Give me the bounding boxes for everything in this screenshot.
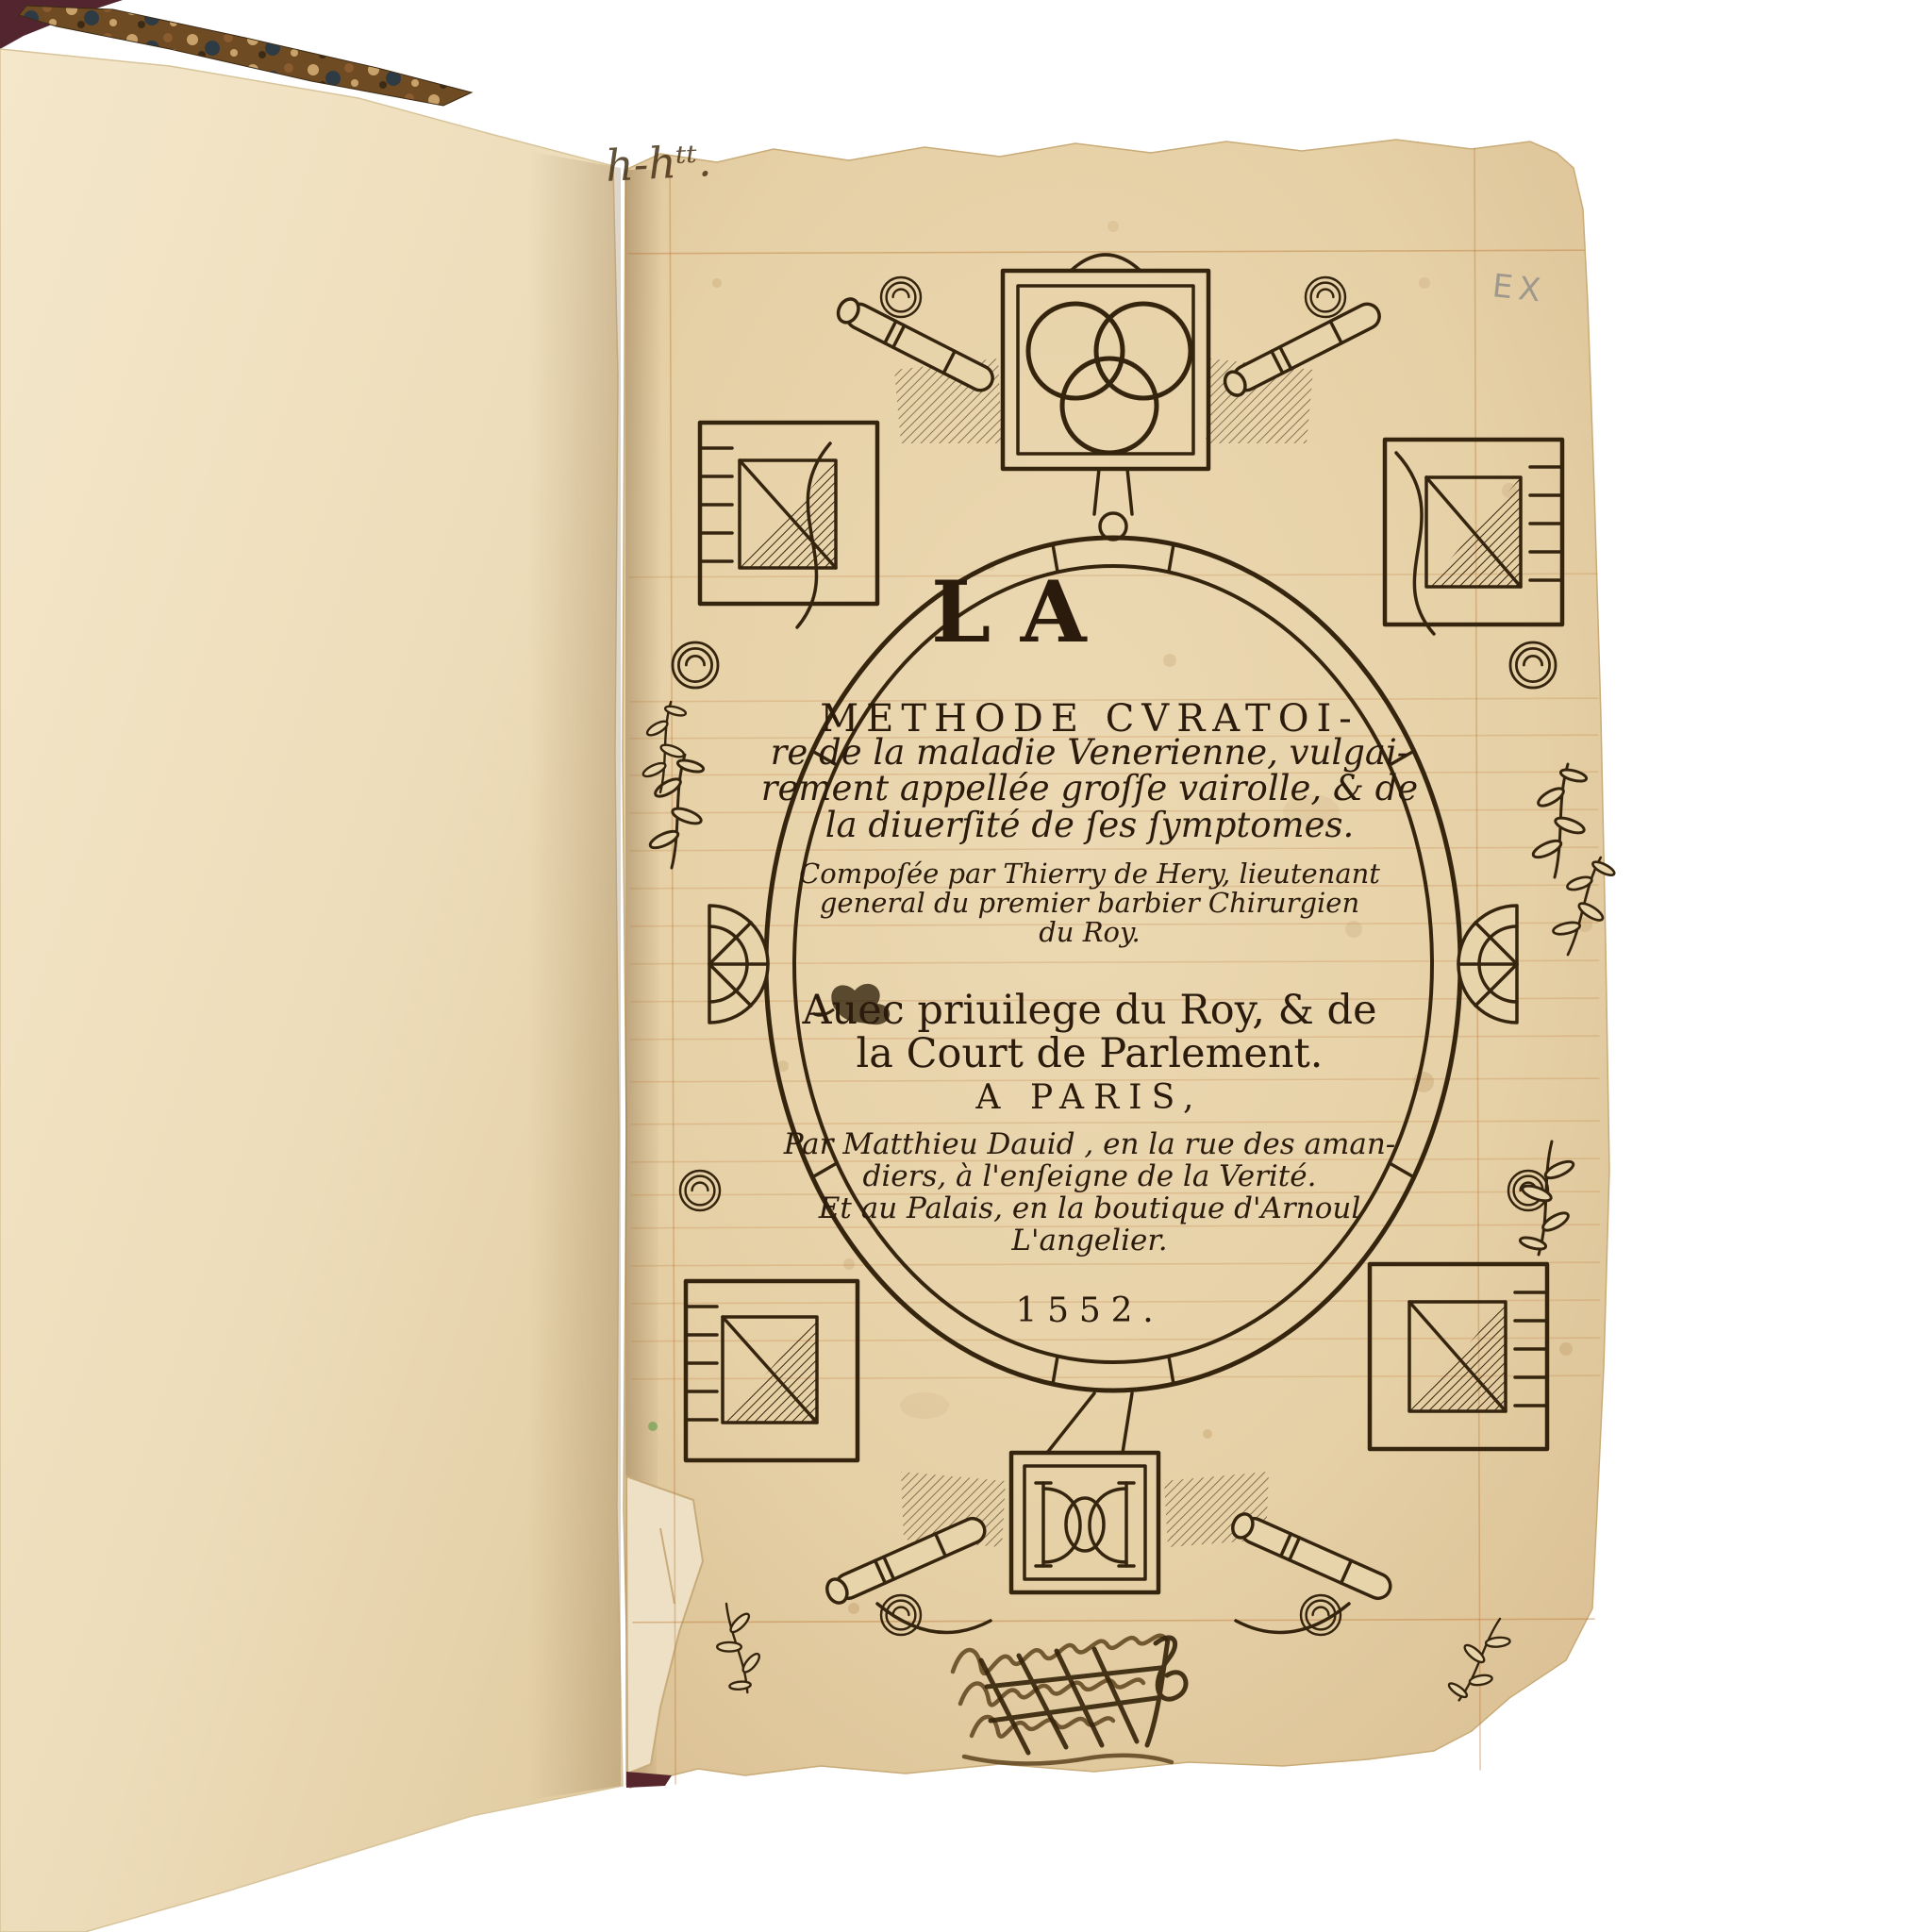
book-photograph: LA METHODE CVRATOI- re de la maladie Ven… [0,0,1932,1932]
title-line: rement appellée groſſe vairolle, & de [580,771,1599,806]
ink-inscription: h-hᵗᵗ. [605,135,713,192]
privilege-line: la Court de Parlement. [580,1034,1599,1074]
green-speck [648,1422,658,1431]
headline-la: LA [514,570,1533,655]
title-line: re de la maladie Venerienne, vulgai- [580,735,1599,770]
book-artwork [0,0,1932,1932]
imprint-line: Et au Palais, en la boutique d'Arnoul [580,1194,1599,1224]
privilege-line: Auec priuilege du Roy, & de [580,991,1599,1031]
author-line: general du premier barbier Chirurgien [580,890,1599,917]
title-line: la diuerſité de ſes ſymptomes. [580,808,1599,842]
author-line: Compoſée par Thierry de Hery, lieutenant [580,860,1599,888]
place-line: A PARIS, [580,1081,1599,1115]
year-line: 1552. [580,1294,1599,1328]
pencil-inscription: EX [1491,267,1548,310]
flyleaf-gutter-shadow [528,151,621,1800]
imprint-line: Par Matthieu Dauid , en la rue des aman- [580,1130,1599,1159]
imprint-line: diers, à l'enſeigne de la Verité. [580,1162,1599,1191]
author-line: du Roy. [580,919,1599,946]
imprint-line: L'angelier. [580,1226,1599,1256]
